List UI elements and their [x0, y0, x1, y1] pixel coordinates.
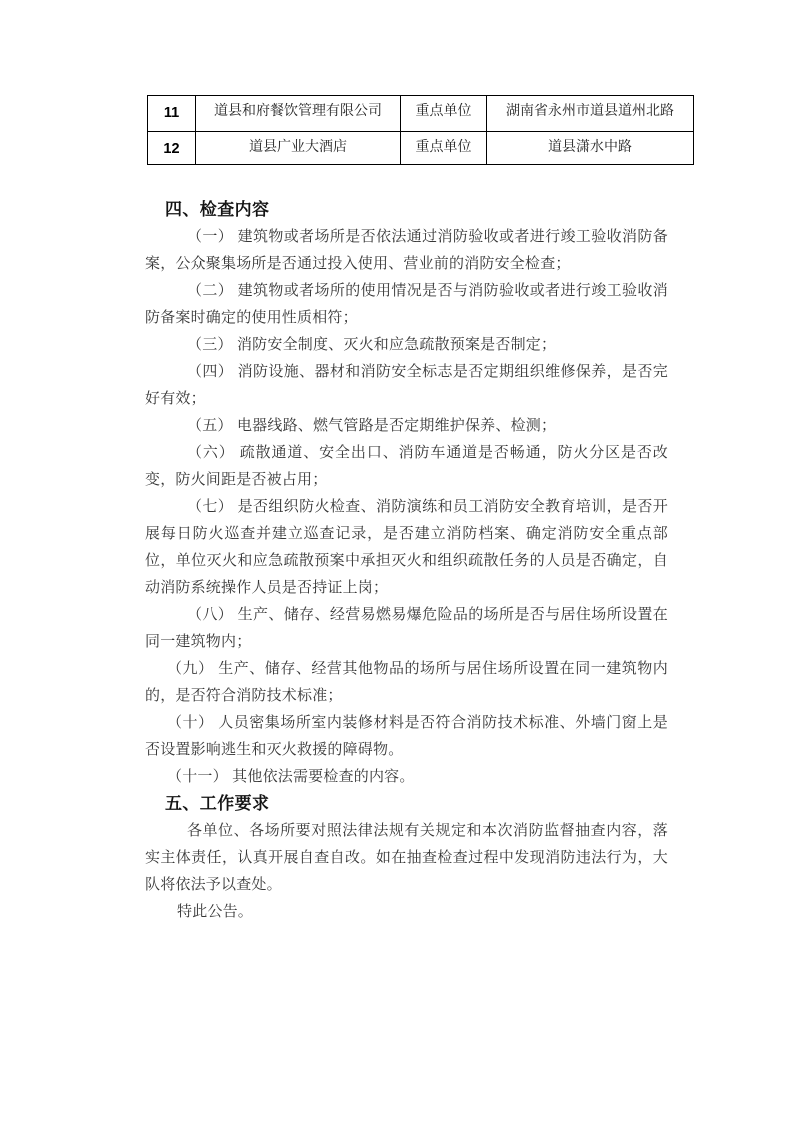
table-row: 12 道县广业大酒店 重点单位 道县潇水中路 [148, 132, 694, 165]
work-requirement-paragraph: 各单位、各场所要对照法律法规有关规定和本次消防监督抽查内容，落实主体责任，认真开… [145, 817, 668, 898]
inspection-item-11: （十一） 其他依法需要检查的内容。 [145, 763, 668, 790]
inspection-item-10: （十） 人员密集场所室内装修材料是否符合消防技术标准、外墙门窗上是否设置影响逃生… [145, 709, 668, 763]
inspection-item-3: （三） 消防安全制度、灭火和应急疏散预案是否制定； [145, 331, 668, 358]
inspection-item-1: （一） 建筑物或者场所是否依法通过消防验收或者进行竣工验收消防备案，公众聚集场所… [145, 223, 668, 277]
document-body: 四、检查内容 （一） 建筑物或者场所是否依法通过消防验收或者进行竣工验收消防备案… [145, 196, 668, 925]
unit-name-cell: 道县和府餐饮管理有限公司 [196, 96, 401, 132]
unit-address-cell: 道县潇水中路 [487, 132, 694, 165]
unit-number-cell: 11 [148, 96, 196, 132]
inspection-item-5: （五） 电器线路、燃气管路是否定期维护保养、检测； [145, 412, 668, 439]
unit-type-cell: 重点单位 [401, 132, 487, 165]
section5-heading: 五、工作要求 [145, 790, 668, 817]
inspection-item-4: （四） 消防设施、器材和消防安全标志是否定期组织维修保养，是否完好有效； [145, 358, 668, 412]
unit-number-cell: 12 [148, 132, 196, 165]
inspection-item-2: （二） 建筑物或者场所的使用情况是否与消防验收或者进行竣工验收消防备案时确定的使… [145, 277, 668, 331]
inspection-item-9: （九） 生产、储存、经营其他物品的场所与居住场所设置在同一建筑物内的，是否符合消… [145, 655, 668, 709]
section4-heading: 四、检查内容 [145, 196, 668, 223]
closing-announcement: 特此公告。 [145, 898, 668, 925]
unit-type-cell: 重点单位 [401, 96, 487, 132]
unit-name-cell: 道县广业大酒店 [196, 132, 401, 165]
table-row: 11 道县和府餐饮管理有限公司 重点单位 湖南省永州市道县道州北路 [148, 96, 694, 132]
inspection-item-6: （六） 疏散通道、安全出口、消防车通道是否畅通，防火分区是否改变，防火间距是否被… [145, 439, 668, 493]
inspection-item-8: （八） 生产、储存、经营易燃易爆危险品的场所是否与居住场所设置在同一建筑物内； [145, 601, 668, 655]
document-page: 11 道县和府餐饮管理有限公司 重点单位 湖南省永州市道县道州北路 12 道县广… [0, 0, 793, 1122]
inspection-item-7: （七） 是否组织防火检查、消防演练和员工消防安全教育培训，是否开展每日防火巡查并… [145, 493, 668, 601]
unit-address-cell: 湖南省永州市道县道州北路 [487, 96, 694, 132]
units-table: 11 道县和府餐饮管理有限公司 重点单位 湖南省永州市道县道州北路 12 道县广… [147, 95, 694, 165]
